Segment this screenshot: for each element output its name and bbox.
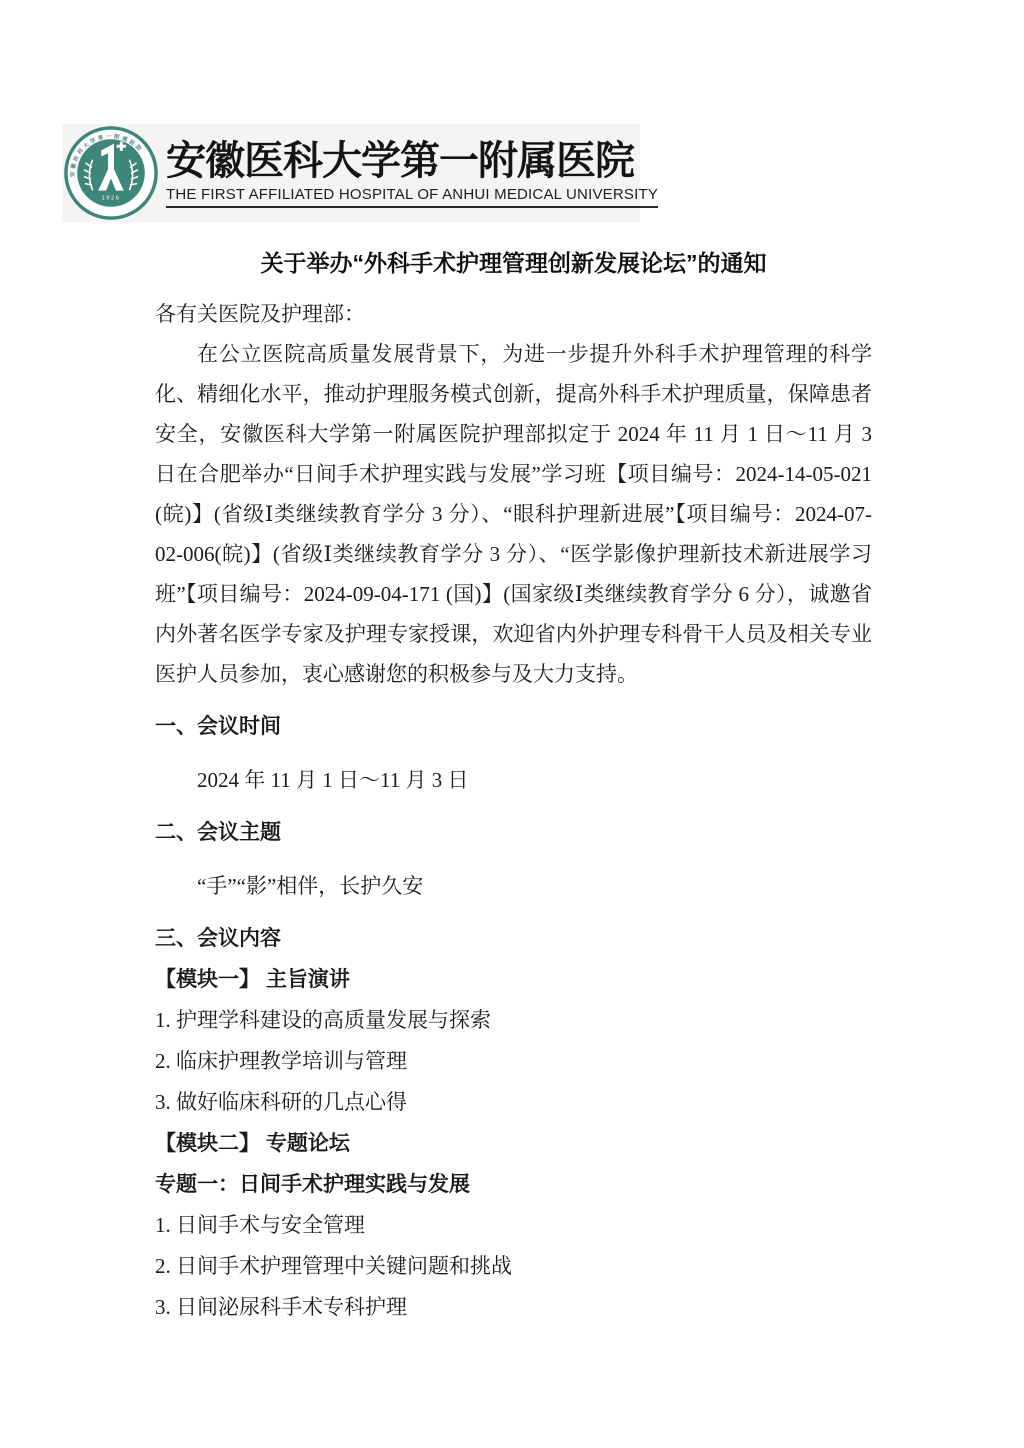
module-1-item-2: 2. 临床护理教学培训与管理 — [155, 1041, 872, 1082]
module-2-topic: 专题一：日间手术护理实践与发展 — [155, 1164, 872, 1205]
section-2-body: “手”“影”相伴，长护久安 — [155, 866, 872, 906]
hospital-name-chinese: 安徽医科大学第一附属医院 — [166, 139, 658, 183]
document-title: 关于举办“外科手术护理管理创新发展论坛”的通知 — [155, 246, 872, 280]
hospital-emblem-icon: 安徽医科大学第一附属医院 THE FIRST AFFILIATED HOSPIT… — [62, 124, 160, 222]
module-1-item-3: 3. 做好临床科研的几点心得 — [155, 1082, 872, 1123]
hospital-letterhead: 安徽医科大学第一附属医院 THE FIRST AFFILIATED HOSPIT… — [62, 124, 640, 222]
module-2-item-1: 1. 日间手术与安全管理 — [155, 1205, 872, 1246]
salutation: 各有关医院及护理部： — [155, 294, 872, 334]
emblem-year: 1926 — [102, 195, 121, 201]
notice-document-page: 安徽医科大学第一附属医院 THE FIRST AFFILIATED HOSPIT… — [0, 0, 1024, 1448]
module-2-label: 【模块二】 专题论坛 — [155, 1123, 872, 1164]
document-body: 关于举办“外科手术护理管理创新发展论坛”的通知 各有关医院及护理部： 在公立医院… — [0, 246, 1024, 1328]
section-1-body: 2024 年 11 月 1 日～11 月 3 日 — [155, 760, 872, 800]
hospital-name-block: 安徽医科大学第一附属医院 THE FIRST AFFILIATED HOSPIT… — [160, 139, 658, 208]
section-2-heading: 二、会议主题 — [155, 813, 872, 853]
module-2-item-3: 3. 日间泌尿科手术专科护理 — [155, 1287, 872, 1328]
hospital-name-english: THE FIRST AFFILIATED HOSPITAL OF ANHUI M… — [166, 186, 658, 208]
module-1-label: 【模块一】 主旨演讲 — [155, 959, 872, 1000]
section-3-heading: 三、会议内容 — [155, 919, 872, 959]
intro-paragraph: 在公立医院高质量发展背景下，为进一步提升外科手术护理管理的科学化、精细化水平，推… — [155, 334, 872, 694]
module-2-item-2: 2. 日间手术护理管理中关键问题和挑战 — [155, 1246, 872, 1287]
section-1-heading: 一、会议时间 — [155, 707, 872, 747]
module-1-item-1: 1. 护理学科建设的高质量发展与探索 — [155, 1000, 872, 1041]
